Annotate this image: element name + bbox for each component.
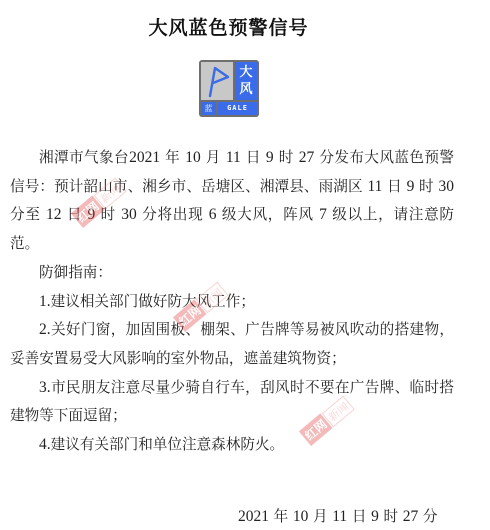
number-text: 2021 — [129, 149, 160, 166]
guide-item: 3.市民朋友注意尽量少骑自行车，刮风时不要在广告牌、临时搭建物等下面逗留； — [10, 374, 454, 431]
signal-type-label: 大 风 — [235, 62, 257, 100]
signal-char-bottom: 风 — [235, 81, 257, 98]
text-segment: 时 — [414, 178, 438, 195]
announcement-paragraph: 湘潭市气象台2021 年 10 月 11 日 9 时 27 分发布大风蓝色预警信… — [10, 144, 454, 259]
text-segment: 日 — [61, 206, 87, 223]
number-text: 2021 — [238, 508, 269, 525]
number-text: 27 — [299, 149, 315, 166]
guide-item-text: 市民朋友注意尽量少骑自行车，刮风时不要在广告牌、临时搭建物等下面逗留； — [10, 379, 454, 425]
text-segment: 分至 — [10, 206, 46, 223]
number-text: 30 — [439, 178, 455, 195]
text-segment: 级大风，阵风 — [217, 206, 320, 223]
text-segment: 分 — [418, 508, 437, 525]
guide-item-number: 2. — [39, 321, 51, 338]
page-title: 大风蓝色预警信号 — [0, 14, 457, 42]
text-segment: 月 — [201, 149, 226, 166]
announcement-body: 湘潭市气象台2021 年 10 月 11 日 9 时 27 分发布大风蓝色预警信… — [10, 144, 454, 460]
text-segment: 年 — [160, 149, 185, 166]
text-segment: 时 — [95, 206, 121, 223]
text-segment: 日 — [347, 508, 371, 525]
guide-item: 1.建议相关部门做好防大风工作； — [10, 288, 454, 317]
number-text: 11 — [226, 149, 241, 166]
number-text: 11 — [332, 508, 347, 525]
guide-item-text: 建议有关部门和单位注意森林防火。 — [51, 436, 285, 453]
signal-level-label: 蓝 — [201, 102, 216, 115]
guide-heading: 防御指南： — [10, 259, 454, 288]
signal-name-en: GALE — [218, 102, 257, 115]
text-segment: 日 — [241, 149, 266, 166]
issue-date: 2021 年 10 月 11 日 9 时 27 分 — [238, 506, 437, 528]
flag-icon — [201, 62, 233, 100]
number-text: 9 — [266, 149, 274, 166]
text-segment: 月 — [308, 508, 332, 525]
number-text: 6 — [209, 206, 217, 223]
guide-item-number: 1. — [39, 293, 51, 310]
number-text: 7 — [319, 206, 327, 223]
number-text: 11 — [367, 178, 382, 195]
text-segment: 年 — [269, 508, 293, 525]
guide-item-text: 建议相关部门做好防大风工作； — [51, 293, 255, 310]
text-segment: 时 — [379, 508, 403, 525]
number-text: 27 — [403, 508, 419, 525]
signal-char-top: 大 — [235, 64, 257, 81]
guide-item: 2.关好门窗，加固围板、棚架、广告牌等易被风吹动的搭建物，妥善安置易受大风影响的… — [10, 316, 454, 373]
number-text: 30 — [121, 206, 137, 223]
text-segment: 分将出现 — [137, 206, 209, 223]
text-segment: 日 — [382, 178, 406, 195]
text-segment: 时 — [274, 149, 299, 166]
guide-item-text: 关好门窗，加固围板、棚架、广告牌等易被风吹动的搭建物，妥善安置易受大风影响的室外… — [10, 321, 454, 367]
guide-list: 1.建议相关部门做好防大风工作；2.关好门窗，加固围板、棚架、广告牌等易被风吹动… — [10, 288, 454, 460]
guide-item-number: 4. — [39, 436, 51, 453]
number-text: 10 — [293, 508, 309, 525]
number-text: 9 — [371, 508, 379, 525]
number-text: 10 — [185, 149, 201, 166]
guide-item: 4.建议有关部门和单位注意森林防火。 — [10, 431, 454, 460]
text-segment: 湘潭市气象台 — [39, 149, 129, 166]
number-text: 12 — [46, 206, 62, 223]
gale-blue-warning-icon: 大 风 蓝 GALE — [199, 60, 259, 117]
guide-item-number: 3. — [39, 379, 51, 396]
